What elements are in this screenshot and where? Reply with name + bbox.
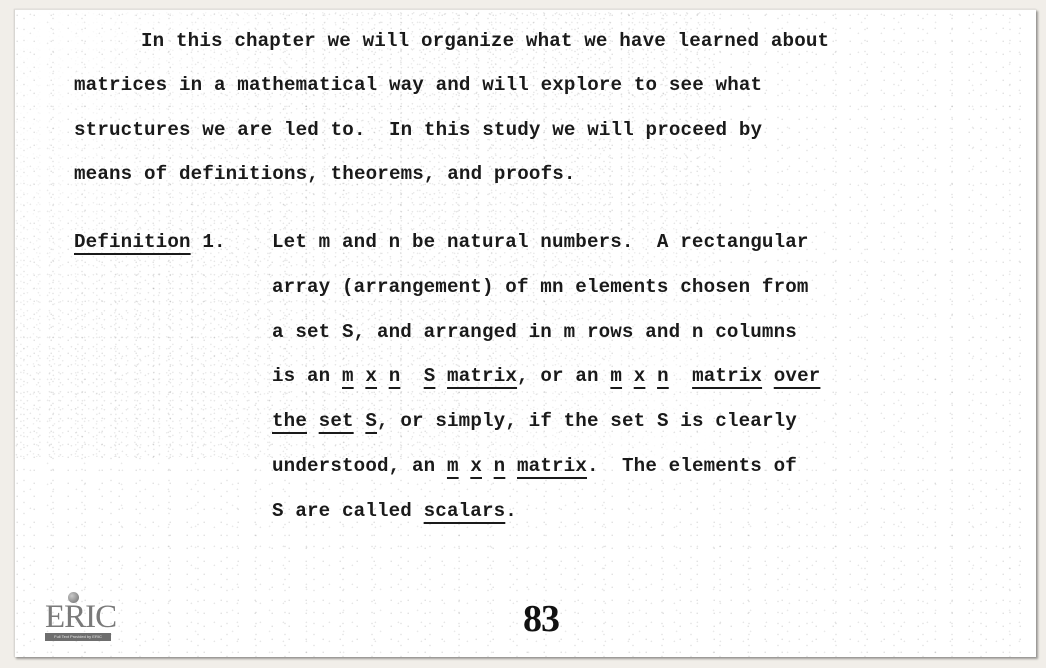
underlined-term: the — [272, 410, 307, 432]
intro-line-3: structures we are led to. In this study … — [74, 121, 762, 140]
underlined-term: x — [470, 455, 482, 477]
space — [505, 455, 517, 477]
text-run: . — [505, 500, 517, 522]
space — [435, 365, 447, 387]
space — [482, 455, 494, 477]
intro-line-1: In this chapter we will organize what we… — [141, 32, 829, 51]
definition-line-6: understood, an m x n matrix. The element… — [272, 457, 797, 476]
definition-label: Definition — [74, 231, 191, 253]
underlined-term: matrix — [447, 365, 517, 387]
definition-heading: Definition 1. — [74, 233, 226, 252]
underlined-term: scalars — [424, 500, 506, 522]
underlined-term: n — [494, 455, 506, 477]
underlined-term: matrix — [692, 365, 762, 387]
definition-line-2: array (arrangement) of mn elements chose… — [272, 278, 809, 297]
space — [354, 365, 366, 387]
underlined-term: m — [342, 365, 354, 387]
definition-line-5: the set S, or simply, if the set S is cl… — [272, 412, 797, 431]
space — [307, 410, 319, 432]
definition-number: 1. — [191, 231, 226, 253]
underlined-term: m — [610, 365, 622, 387]
space — [377, 365, 389, 387]
underlined-term: n — [389, 365, 401, 387]
underlined-term: n — [657, 365, 669, 387]
text-run: is an — [272, 365, 342, 387]
intro-line-4: means of definitions, theorems, and proo… — [74, 165, 576, 184]
text-run: understood, an — [272, 455, 447, 477]
space — [354, 410, 366, 432]
definition-line-7: S are called scalars. — [272, 502, 517, 521]
underlined-term: x — [365, 365, 377, 387]
space — [669, 365, 692, 387]
underlined-term: m — [447, 455, 459, 477]
underlined-term: set — [319, 410, 354, 432]
underlined-term: S — [365, 410, 377, 432]
space — [400, 365, 423, 387]
eric-logo: ERIC Full Text Provided by ERIC — [29, 581, 119, 651]
eric-wordmark: ERIC — [45, 601, 116, 634]
space — [762, 365, 774, 387]
space — [622, 365, 634, 387]
space — [459, 455, 471, 477]
document-page: In this chapter we will organize what we… — [14, 9, 1036, 657]
text-run: , or simply, if the set S is clearly — [377, 410, 797, 432]
space — [645, 365, 657, 387]
underlined-term: S — [424, 365, 436, 387]
underlined-term: over — [774, 365, 821, 387]
intro-line-2: matrices in a mathematical way and will … — [74, 76, 762, 95]
underlined-term: x — [634, 365, 646, 387]
eric-tagline: Full Text Provided by ERIC — [45, 633, 111, 641]
definition-line-3: a set S, and arranged in m rows and n co… — [272, 323, 797, 342]
definition-line-4: is an m x n S matrix, or an m x n matrix… — [272, 367, 820, 386]
text-run: . The elements of — [587, 455, 797, 477]
underlined-term: matrix — [517, 455, 587, 477]
definition-line-1: Let m and n be natural numbers. A rectan… — [272, 233, 809, 252]
page-number: 83 — [523, 600, 559, 638]
text-run: S are called — [272, 500, 424, 522]
text-run: , or an — [517, 365, 610, 387]
